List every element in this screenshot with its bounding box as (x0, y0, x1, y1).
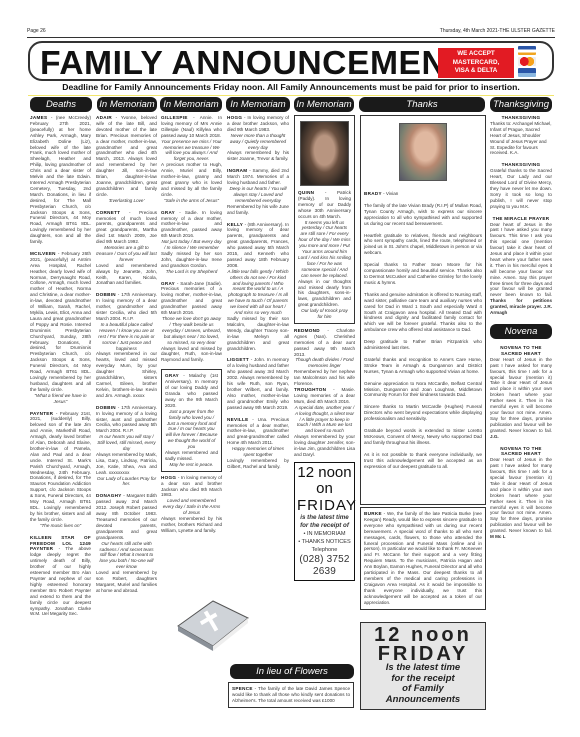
notice-gray-sarah-jane: GRAY - Sarah-Jane (Sadie). Precious memo… (161, 281, 222, 316)
mastercard-icon (518, 57, 536, 66)
notice-gillespie: GILLESPIE - Annie. In loving memory of M… (161, 115, 222, 139)
memoriam-column-4: QUINN - Patrick (Paddy). In loving memor… (294, 115, 355, 581)
telephone-number: (028) 3752 2639 (297, 554, 352, 578)
quinn-photo (300, 121, 349, 186)
brady-photo (399, 123, 447, 181)
section-header-deaths: Deaths (30, 97, 92, 112)
section-header-lieu: In lieu of Flowers (230, 664, 354, 679)
friday-deadline-box: 12 noon FRIDAY Is the latest time for th… (360, 622, 486, 710)
delta-card-icon (518, 68, 536, 77)
bible-icon (173, 596, 253, 651)
section-header-thanks: Thanks (359, 97, 485, 112)
notice-quinn: QUINN - Patrick (Paddy). In loving memor… (294, 115, 355, 324)
memoriam-column-3: HOGG - In loving memory of a dear brothe… (227, 115, 289, 470)
notice-james: JAMES - (nee McCreedy) February 27th 202… (30, 115, 91, 245)
section-header-thanksgiving: Thanksgiving (490, 97, 552, 112)
notice-killeen-lol: KILLEEN STAR OF FREEDOM LOL 1249 PAYNTER… (30, 535, 91, 618)
page-title: FAMILY ANNOUNCEMENTS (40, 44, 490, 82)
deadline-notice: Deadline for Family Announcements Friday… (28, 82, 554, 96)
notice-gray-malachy: GRAY - Malachy (1st Anniversary). In mem… (161, 369, 222, 472)
notice-gray-sadie: GRAY - Sadie. In loving memory of a dear… (161, 210, 222, 240)
visa-card-icon (518, 46, 536, 55)
section-header-memoriam-2: In Memoriam (160, 97, 222, 112)
notice-dobbin-1: DOBBIN - 17th Anniversary. In loving mem… (96, 292, 157, 322)
notice-kelly: KELLY - (8th Anniversary). In loving mem… (227, 222, 289, 269)
memoriam-column-1: ADAIR - Yvonne, beloved wife of the late… (96, 115, 157, 594)
notice-brady: BRADY - Vivian The family of the late Vi… (360, 115, 486, 505)
notice-dobbin-2: DOBBIN - 17th Anniversary. In loving mem… (96, 405, 157, 435)
notice-redmond: REDMOND - Charlotte Agnes (Nan). Cherish… (294, 328, 355, 358)
section-header-memoriam-1: In Memoriam (97, 97, 157, 112)
thanksgiving-column: THANKSGIVING Thanks to: Archangel Michae… (490, 115, 552, 540)
page-number: Page 26 (27, 28, 46, 34)
section-header-memoriam-4: In Memoriam (294, 97, 354, 112)
section-header-novena: Novena (490, 324, 552, 339)
notice-mcilveen: MCILVEEN - February 26th 2021, (peaceful… (30, 251, 91, 393)
notice-neville: NEVILLE - Una. Precious memories of a de… (227, 417, 289, 447)
notice-paynter: PAYNTER - February 21st, 2021, (suddenly… (30, 411, 91, 523)
payment-badge: WE ACCEPT MASTERCARD, VISA & DELTA (438, 48, 514, 78)
notice-ingram: INGRAM - Sammy, died 2nd March 1974. Mem… (227, 168, 289, 186)
notice-cornett: CORNETT - Precious memories of much love… (96, 210, 157, 245)
notice-burke: BURKE - We, the family of the late Patri… (360, 507, 486, 610)
notice-hogg-son: HOGG - In loving memory of a dear son an… (161, 475, 222, 499)
section-header-memoriam-3: In Memoriam (226, 97, 290, 112)
deaths-column: JAMES - (nee McCreedy) February 27th 202… (30, 115, 91, 617)
page-header-bar: Page 26 Thursday, 4th March 2021-THE ULS… (27, 28, 555, 38)
card-logos (518, 46, 538, 80)
notice-hogg-brother: HOGG - In loving memory of a dear brothe… (227, 115, 289, 133)
notice-adair: ADAIR - Yvonne, beloved wife of the late… (96, 115, 157, 198)
title-banner: FAMILY ANNOUNCEMENTS WE ACCEPT MASTERCAR… (28, 41, 554, 81)
notice-donaghy: DONAGHY - Margaret Edith passed away 2nd… (96, 493, 157, 540)
noon-deadline-box: 12 noon on FRIDAY is the latest time for… (294, 462, 355, 581)
notice-troughton: TROUGHTON - Masie. Loving memories of a … (294, 387, 355, 405)
notice-liggett: LIGGETT - John. In memory of a loving hu… (227, 357, 289, 410)
dateline: Thursday, 4th March 2021-THE ULSTER GAZE… (440, 28, 555, 34)
notice-spence: SPENCE - The family of the late David Ja… (228, 682, 354, 708)
memoriam-column-2: GILLESPIE - Annie. In loving memory of M… (161, 115, 222, 534)
